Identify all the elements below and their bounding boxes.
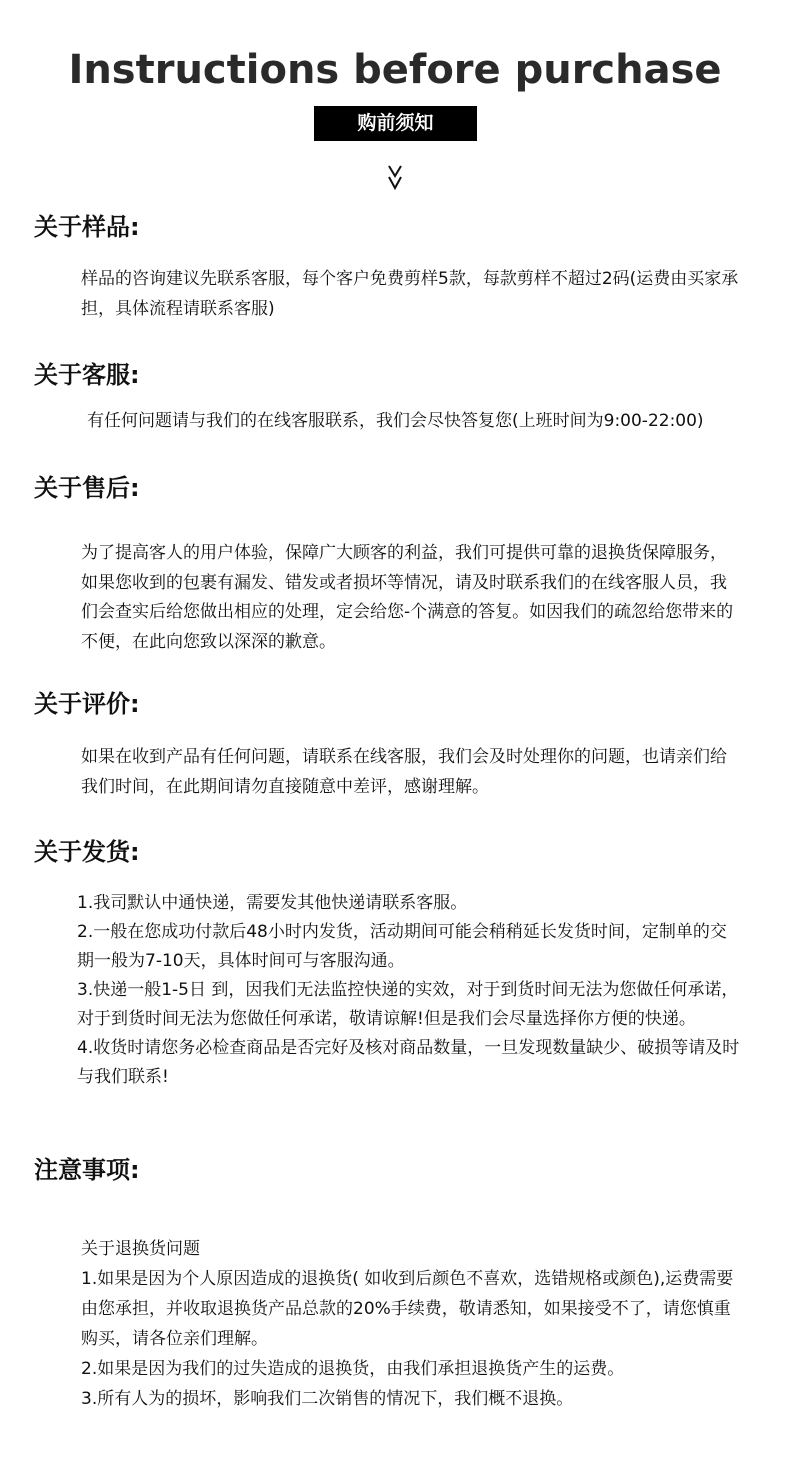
section-title-reviews: 关于评价: <box>34 689 140 719</box>
returns-item: 1.如果是因为个人原因造成的退换货( 如收到后颜色不喜欢，选错规格或颜色),运费… <box>81 1264 746 1354</box>
section-title-notes: 注意事项: <box>34 1155 140 1185</box>
double-chevron-down-icon <box>385 164 405 194</box>
shipping-item: 1.我司默认中通快递，需要发其他快递请联系客服。 <box>77 889 742 918</box>
section-text-reviews: 如果在收到产品有任何问题，请联系在线客服，我们会及时处理你的问题，也请亲们给我们… <box>81 743 741 802</box>
shipping-item: 3.快递一般1-5日 到，因我们无法监控快递的实效，对于到货时间无法为您做任何承… <box>77 976 742 1034</box>
section-title-samples: 关于样品: <box>34 212 140 242</box>
section-title-customer-service: 关于客服: <box>34 360 140 390</box>
returns-subheading: 关于退换货问题 <box>81 1234 746 1264</box>
shipping-item: 2.一般在您成功付款后48小时内发货，活动期间可能会稍稍延长发货时间，定制单的交… <box>77 918 742 976</box>
shipping-item: 4.收货时请您务必检查商品是否完好及核对商品数量，一旦发现数量缺少、破损等请及时… <box>77 1034 742 1092</box>
returns-item: 2.如果是因为我们的过失造成的退换货，由我们承担退换货产生的运费。 <box>81 1354 746 1384</box>
returns-list: 1.如果是因为个人原因造成的退换货( 如收到后颜色不喜欢，选错规格或颜色),运费… <box>81 1264 746 1414</box>
section-text-after-sales: 为了提高客人的用户体验，保障广大顾客的利益，我们可提供可靠的退换货保障服务，如果… <box>81 539 741 657</box>
returns-item: 3.所有人为的损坏，影响我们二次销售的情况下，我们概不退换。 <box>81 1384 746 1414</box>
section-title-after-sales: 关于售后: <box>34 473 140 503</box>
section-title-shipping: 关于发货: <box>34 837 140 867</box>
page-title: Instructions before purchase <box>0 40 790 100</box>
section-text-samples: 样品的咨询建议先联系客服，每个客户免费剪样5款，每款剪样不超过2码(运费由买家承… <box>81 265 741 324</box>
pre-purchase-badge: 购前须知 <box>314 106 477 141</box>
shipping-list: 1.我司默认中通快递，需要发其他快递请联系客服。 2.一般在您成功付款后48小时… <box>77 889 742 1092</box>
returns-notice: 关于退换货问题 1.如果是因为个人原因造成的退换货( 如收到后颜色不喜欢，选错规… <box>81 1234 746 1414</box>
section-text-customer-service: 有任何问题请与我们的在线客服联系，我们会尽快答复您(上班时间为9:00-22:0… <box>87 407 767 437</box>
